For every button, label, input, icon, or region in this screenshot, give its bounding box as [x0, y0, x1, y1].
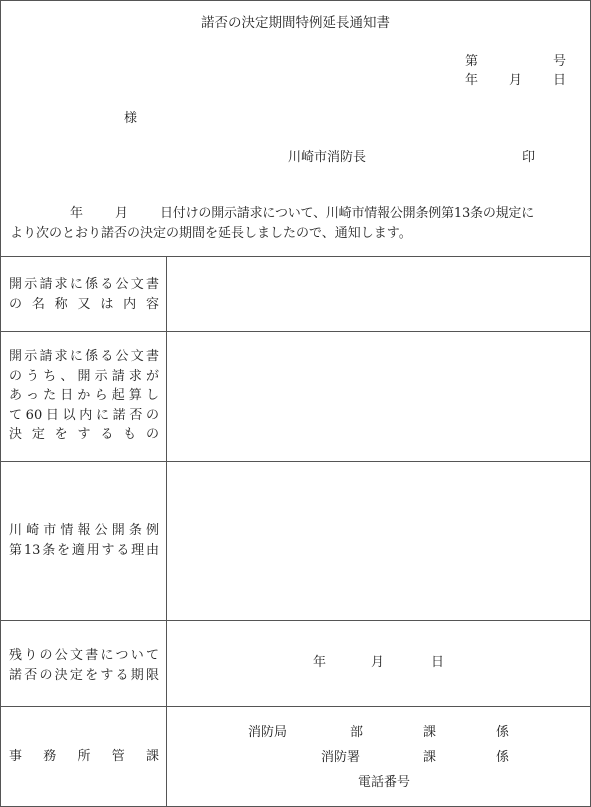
row-divider-3: [0, 620, 591, 621]
table-row-label-reason: 川崎市情報公開条例 第13条を適用する理由: [9, 521, 159, 560]
number-prefix: 第: [465, 55, 478, 68]
office-section-2: 課: [423, 751, 436, 764]
sender-name: 川崎市消防長: [288, 151, 366, 164]
table-row-label-document-name: 開示請求に係る公文書 の名称又は内容: [9, 275, 159, 314]
addressee-suffix: 様: [124, 112, 137, 125]
table-row-label-office: 事務所管課: [9, 747, 159, 767]
office-unit-1: 係: [496, 726, 509, 739]
table-row-value-document-name[interactable]: [168, 257, 590, 330]
office-unit-2: 係: [496, 751, 509, 764]
deadline-day: 日: [431, 656, 444, 669]
number-suffix: 号: [553, 55, 566, 68]
office-station: 消防署: [321, 751, 360, 764]
office-section-1: 課: [423, 726, 436, 739]
column-divider: [166, 256, 167, 807]
office-phone-label: 電話番号: [358, 776, 410, 789]
document-title: 諾否の決定期間特例延長通知書: [0, 17, 591, 31]
seal-mark: 印: [522, 151, 535, 164]
body-year: 年: [70, 207, 83, 220]
deadline-year: 年: [313, 656, 326, 669]
body-line2: より次のとおり諾否の決定の期間を延長しましたので、通知します。: [10, 227, 412, 240]
table-row-value-within-60-days[interactable]: [168, 332, 590, 460]
table-row-value-reason[interactable]: [168, 462, 590, 619]
date-day-label: 日: [553, 74, 566, 87]
table-row-label-within-60-days: 開示請求に係る公文書 のうち、開示請求が あった日から起算し て60日以内に諾否…: [9, 347, 159, 445]
office-bureau: 消防局: [248, 726, 287, 739]
body-line1: 日付けの開示請求について、川崎市情報公開条例第13条の規定に: [160, 207, 534, 220]
office-department: 部: [350, 726, 363, 739]
table-row-label-deadline: 残りの公文書について 諾否の決定をする期限: [9, 646, 159, 685]
body-month: 月: [115, 207, 128, 220]
deadline-month: 月: [371, 656, 384, 669]
date-month-label: 月: [509, 74, 522, 87]
row-divider-4: [0, 706, 591, 707]
date-year-label: 年: [465, 74, 478, 87]
